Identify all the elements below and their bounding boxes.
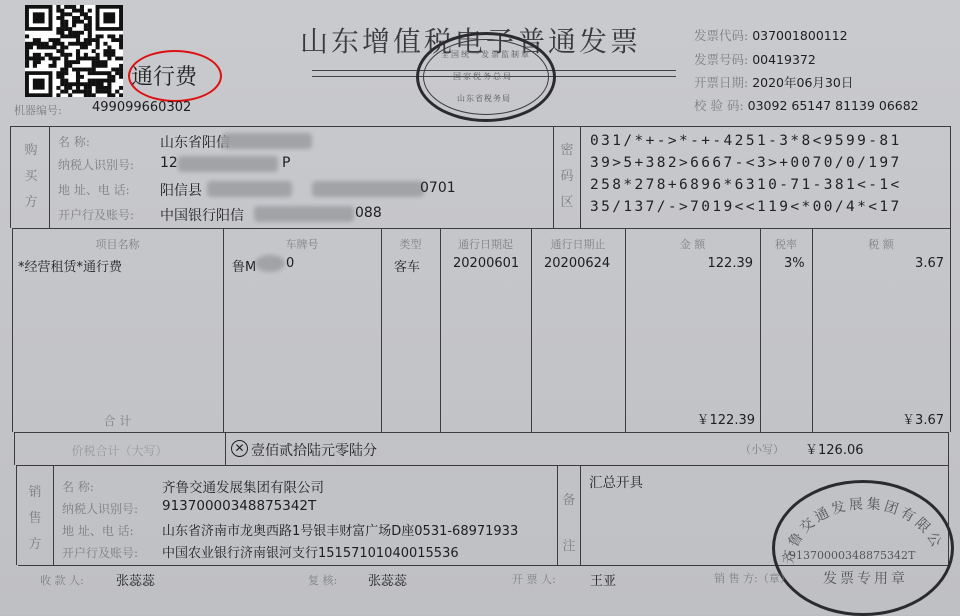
item-name: *经营租赁*通行费 xyxy=(18,256,122,275)
redaction xyxy=(178,156,278,172)
seller-section-label: 销售方 xyxy=(27,480,43,558)
invoice-paper: 通行费 机器编号: 499099660302 山东增值税电子普通发票 全国统一发… xyxy=(0,0,960,615)
reviewer: 张蕊蕊 xyxy=(368,570,407,589)
header-date-from: 通行日期起 xyxy=(440,236,531,252)
cipher-section-label: 密码区 xyxy=(559,138,575,216)
grand-total-lower: ￥126.06 xyxy=(805,439,864,458)
seller-address-label: 地 址、电 话: xyxy=(62,522,134,539)
redaction xyxy=(207,181,292,197)
header-date-to: 通行日期止 xyxy=(531,236,625,252)
qr-code xyxy=(25,5,123,97)
tax-bureau-stamp: 全国统一发票监制章 国家税务总局 山东省税务局 xyxy=(416,32,556,122)
buyer-bank-label: 开户行及账号: xyxy=(58,206,134,223)
item-tax: 3.67 xyxy=(812,256,944,271)
meta-issue-date: 开票日期: 2020年06月30日 xyxy=(694,73,853,91)
circled-x-icon: ✕ xyxy=(231,440,248,457)
seller-taxid-label: 纳税人识别号: xyxy=(62,500,138,517)
item-type: 客车 xyxy=(394,256,420,275)
buyer-name: 山东省阳信 xyxy=(160,132,230,152)
seller-name: 齐鲁交通发展集团有限公司 xyxy=(162,476,324,496)
header-type: 类型 xyxy=(381,236,440,252)
total-tax: ￥3.67 xyxy=(812,409,944,428)
seller-taxid: 91370000348875342T xyxy=(162,498,316,514)
buyer-section-label: 购买方 xyxy=(23,138,39,216)
meta-invoice-code: 发票代码: 037001800112 xyxy=(694,26,848,44)
grand-total-lower-label: （小写） xyxy=(740,441,784,457)
seller-name-label: 名 称: xyxy=(62,478,94,495)
redaction xyxy=(222,133,312,149)
seller-seal-label: 销 售 方:（章） xyxy=(714,570,791,586)
svg-text:发票专用章: 发票专用章 xyxy=(823,570,908,587)
seller-bank-label: 开户行及账号: xyxy=(62,544,138,561)
grand-total-label: 价税合计（大写） xyxy=(14,442,225,459)
reviewer-label: 复 核: xyxy=(308,572,337,588)
redaction xyxy=(255,255,285,272)
seller-invoice-stamp: 齐鲁交通发展集团有限公司 91370000348875342T 发票专用章 xyxy=(772,480,954,615)
item-plate: 鲁M xyxy=(232,256,256,275)
meta-check-code: 校 验 码: 03092 65147 81139 06682 xyxy=(694,96,919,114)
item-amount: 122.39 xyxy=(625,256,753,271)
buyer-name-label: 名 称: xyxy=(58,133,90,150)
header-tax: 税 额 xyxy=(812,236,950,252)
header-plate: 车牌号 xyxy=(223,236,381,252)
total-amount: ￥122.39 xyxy=(625,409,755,428)
header-tax-rate: 税率 xyxy=(760,236,812,252)
redaction xyxy=(312,181,424,197)
svg-text:91370000348875342T: 91370000348875342T xyxy=(789,549,916,562)
header-amount: 金 额 xyxy=(625,236,760,252)
item-date-to: 20200624 xyxy=(544,256,610,271)
remarks-section-label: 备注 xyxy=(561,478,577,570)
total-label: 合 计 xyxy=(12,412,223,429)
redaction xyxy=(254,206,354,222)
header-item-name: 项目名称 xyxy=(12,236,223,252)
red-circle-annotation xyxy=(128,50,222,102)
meta-invoice-number: 发票号码: 00419372 xyxy=(694,50,816,68)
item-date-from: 20200601 xyxy=(453,256,519,271)
issuer-label: 开 票 人: xyxy=(512,571,556,587)
buyer-bank: 中国银行阳信 xyxy=(160,205,244,225)
buyer-taxid: 12 xyxy=(160,155,178,171)
payee: 张蕊蕊 xyxy=(116,570,155,589)
buyer-address: 阳信县 xyxy=(160,180,202,200)
seller-bank: 中国农业银行济南银河支行15157101040015536 xyxy=(162,542,459,561)
seller-address: 山东省济南市龙奥西路1号银丰财富广场D座0531-68971933 xyxy=(162,520,518,539)
machine-no: 499099660302 xyxy=(92,100,191,115)
item-tax-rate: 3% xyxy=(784,256,805,271)
buyer-address-label: 地 址、电 话: xyxy=(58,181,130,198)
remarks-text: 汇总开具 xyxy=(589,471,643,491)
buyer-taxid-label: 纳税人识别号: xyxy=(58,156,134,173)
cipher-area: 031/*+->*-+-4251-3*8<9599-81 39>5+382>66… xyxy=(590,130,902,218)
issuer: 王亚 xyxy=(590,570,616,589)
grand-total-upper: 壹佰贰拾陆元零陆分 xyxy=(251,440,377,460)
machine-no-label: 机器编号: xyxy=(14,102,62,118)
payee-label: 收 款 人: xyxy=(40,572,84,588)
